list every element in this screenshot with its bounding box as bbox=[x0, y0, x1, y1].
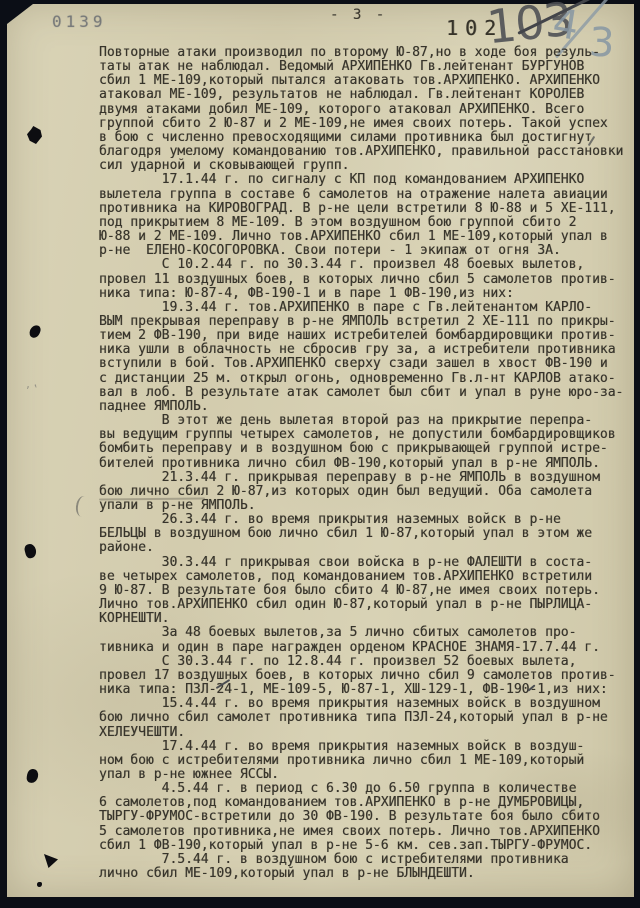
faint-pencil-mark: ʼ ʽ bbox=[26, 384, 37, 398]
document-body-text: Повторные атаки производил по второму Ю-… bbox=[99, 46, 623, 881]
stamp-number: 0139 bbox=[52, 12, 107, 31]
typed-page-number: 102 bbox=[446, 16, 503, 40]
page-number: - 3 - bbox=[330, 7, 387, 23]
scanned-document: 0139 - 3 - 102 103 4 3 Повторные атаки п… bbox=[0, 0, 640, 908]
